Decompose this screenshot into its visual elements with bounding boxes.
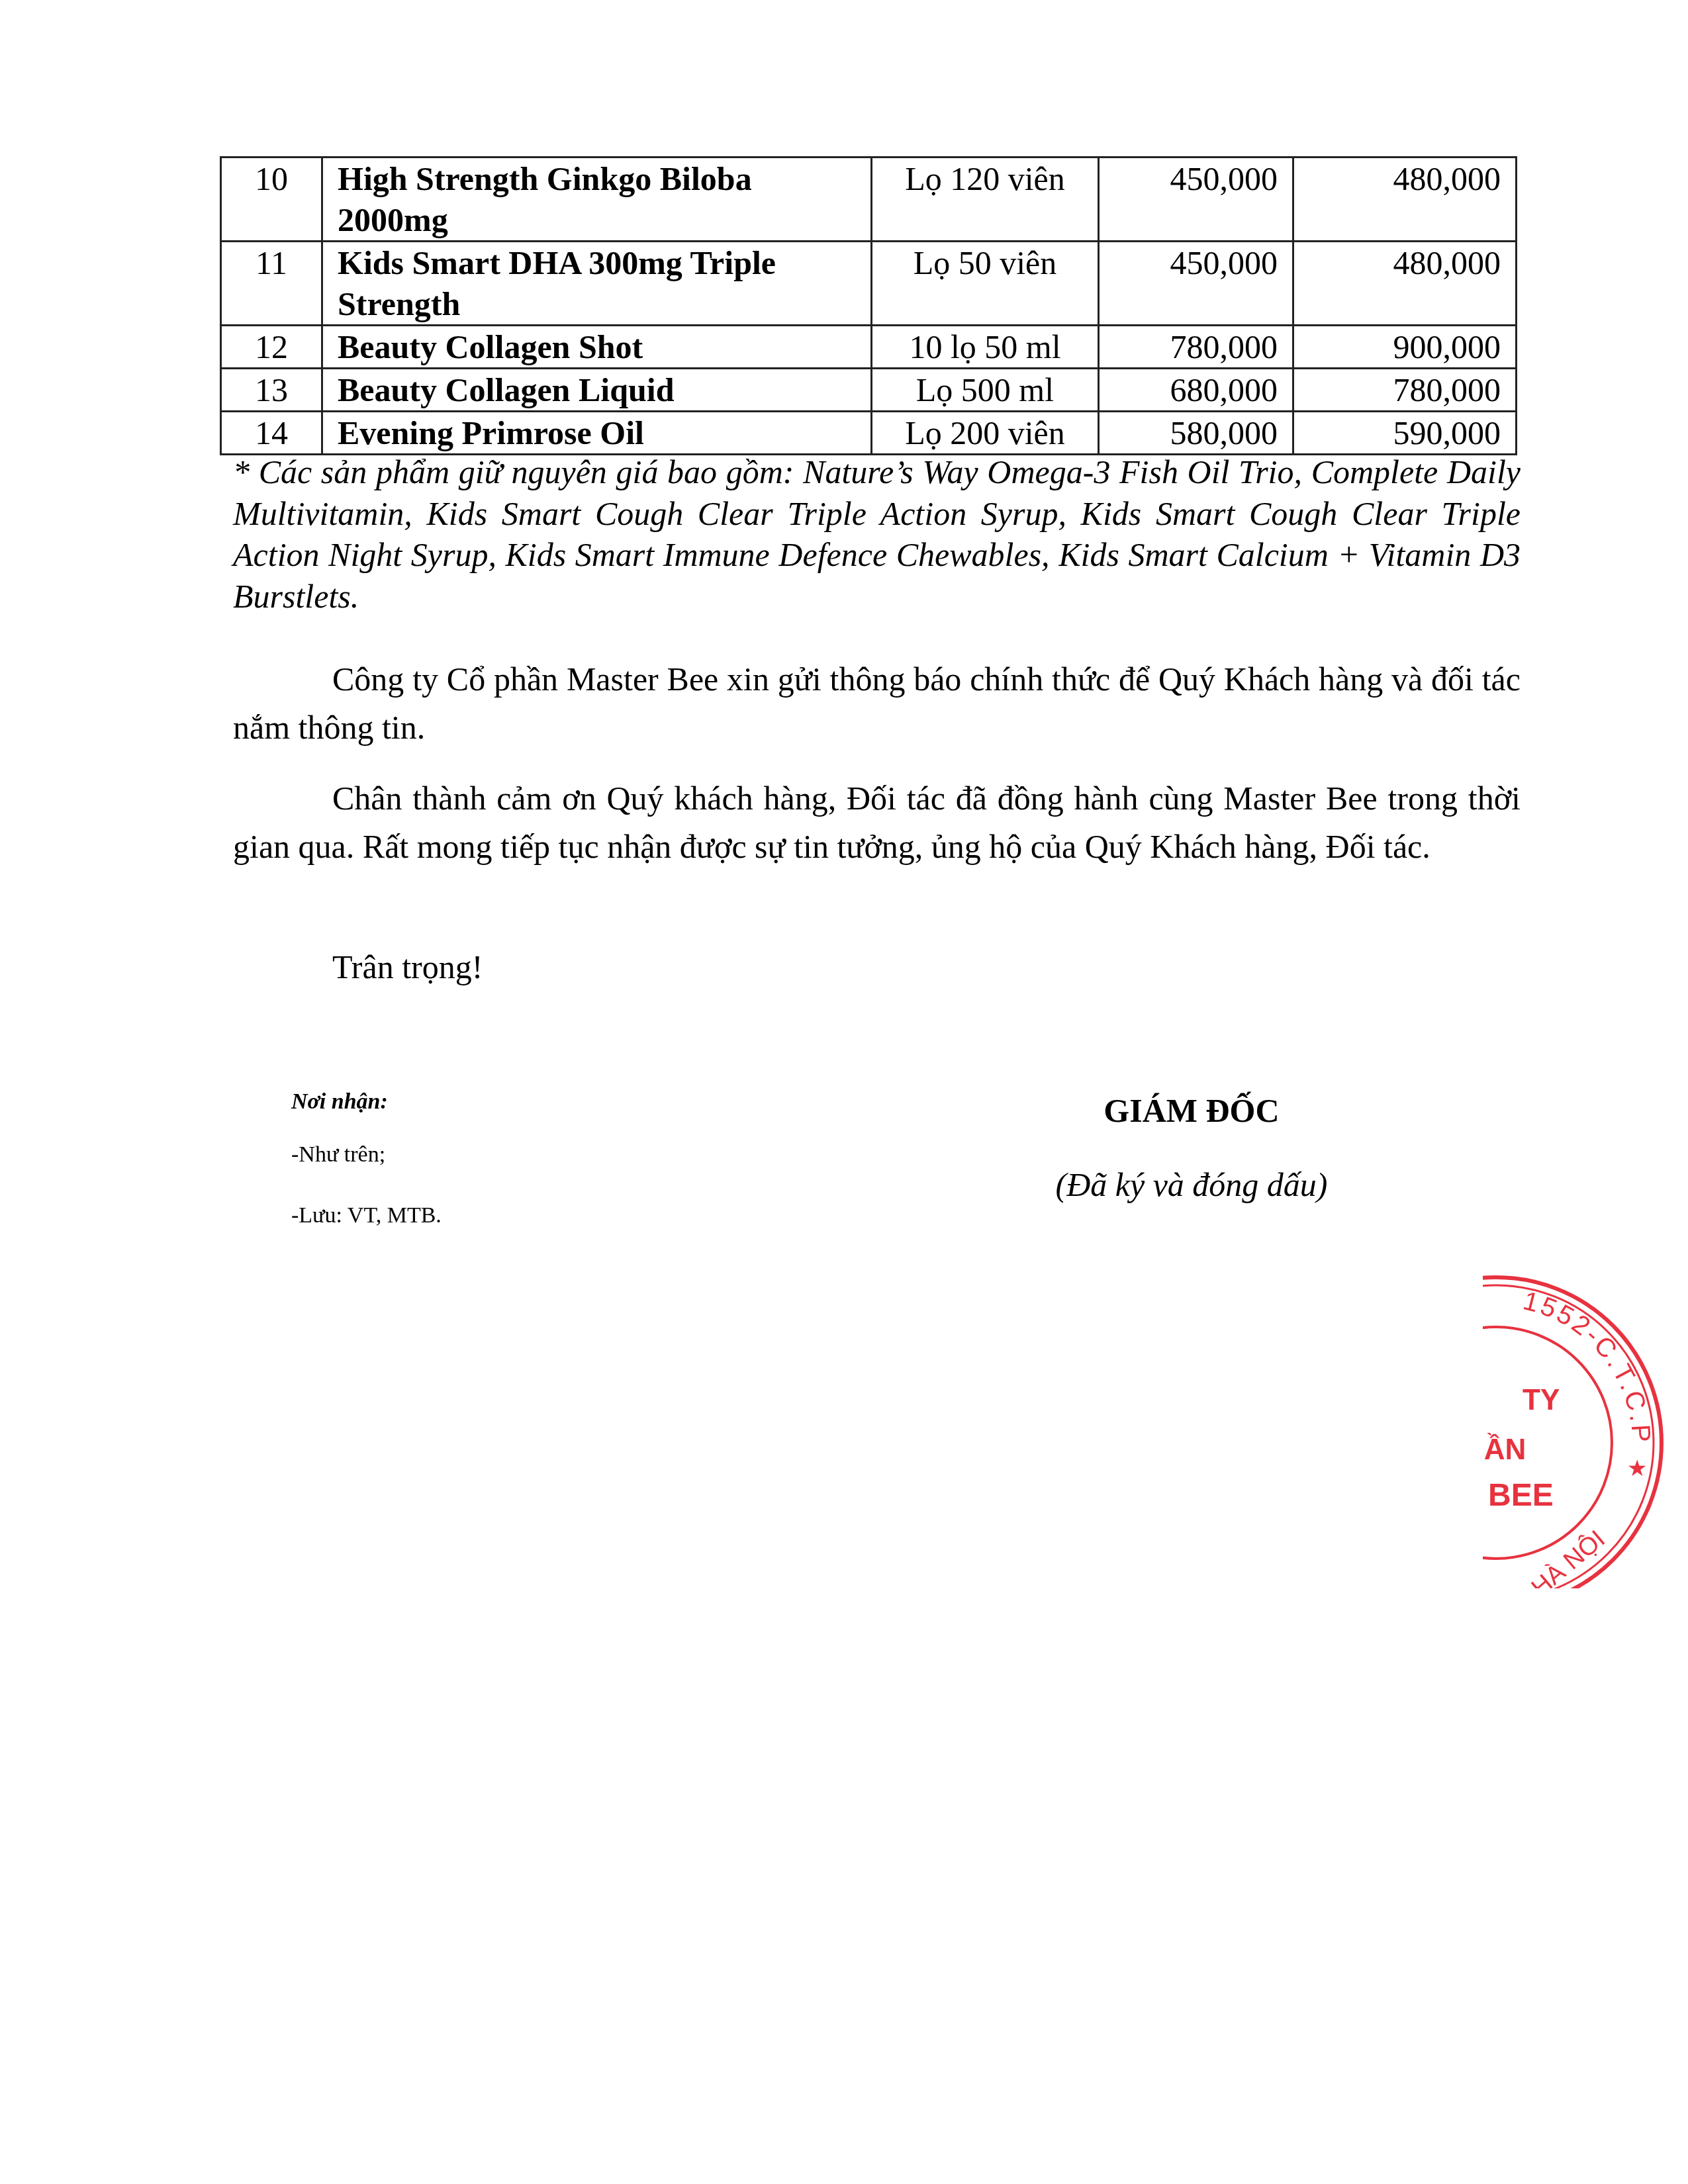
table-row: 10 High Strength Ginkgo Biloba 2000mg Lọ… xyxy=(221,158,1517,242)
seal-icon: 1552-C.T.C.P HÀ NỘI ★ TY HẦN R BEE xyxy=(1483,1244,1688,1588)
closing-line: Trân trọng! xyxy=(233,943,1521,991)
notice-paragraph: Công ty Cổ phần Master Bee xin gửi thông… xyxy=(233,655,1521,752)
old-price: 780,000 xyxy=(1099,326,1293,369)
table-row: 14 Evening Primrose Oil Lọ 200 viên 580,… xyxy=(221,412,1517,455)
svg-text:R BEE: R BEE xyxy=(1483,1478,1554,1513)
document-page: 10 High Strength Ginkgo Biloba 2000mg Lọ… xyxy=(0,0,1688,2184)
product-name: Beauty Collagen Liquid xyxy=(322,369,872,412)
row-number: 12 xyxy=(221,326,322,369)
new-price: 480,000 xyxy=(1293,158,1517,242)
product-unit: Lọ 120 viên xyxy=(872,158,1099,242)
product-unit: 10 lọ 50 ml xyxy=(872,326,1099,369)
new-price: 900,000 xyxy=(1293,326,1517,369)
product-unit: Lọ 200 viên xyxy=(872,412,1099,455)
thanks-paragraph: Chân thành cảm ơn Quý khách hàng, Đối tá… xyxy=(233,774,1521,871)
recipients-block: Nơi nhận: -Như trên; -Lưu: VT, MTB. xyxy=(291,1089,442,1263)
recipient-item: -Lưu: VT, MTB. xyxy=(291,1203,442,1229)
product-name: Beauty Collagen Shot xyxy=(322,326,872,369)
price-table: 10 High Strength Ginkgo Biloba 2000mg Lọ… xyxy=(220,156,1517,455)
table-row: 11 Kids Smart DHA 300mg Triple Strength … xyxy=(221,242,1517,326)
svg-text:1552-C.T.C.P: 1552-C.T.C.P xyxy=(1520,1286,1656,1445)
product-name: High Strength Ginkgo Biloba 2000mg xyxy=(322,158,872,242)
row-number: 14 xyxy=(221,412,322,455)
signer-title: GIÁM ĐỐC xyxy=(993,1091,1390,1130)
old-price: 580,000 xyxy=(1099,412,1293,455)
old-price: 680,000 xyxy=(1099,369,1293,412)
svg-text:TY: TY xyxy=(1523,1384,1560,1416)
product-unit: Lọ 50 viên xyxy=(872,242,1099,326)
table-row: 13 Beauty Collagen Liquid Lọ 500 ml 680,… xyxy=(221,369,1517,412)
svg-text:★: ★ xyxy=(1627,1455,1647,1482)
product-unit: Lọ 500 ml xyxy=(872,369,1099,412)
recipients-label: Nơi nhận: xyxy=(291,1089,442,1115)
unchanged-price-note: * Các sản phẩm giữ nguyên giá bao gồm: N… xyxy=(233,451,1521,617)
recipient-item: -Như trên; xyxy=(291,1142,442,1168)
row-number: 11 xyxy=(221,242,322,326)
table-row: 12 Beauty Collagen Shot 10 lọ 50 ml 780,… xyxy=(221,326,1517,369)
row-number: 13 xyxy=(221,369,322,412)
new-price: 780,000 xyxy=(1293,369,1517,412)
company-seal-stamp: 1552-C.T.C.P HÀ NỘI ★ TY HẦN R BEE xyxy=(1483,1244,1688,1588)
old-price: 450,000 xyxy=(1099,242,1293,326)
new-price: 480,000 xyxy=(1293,242,1517,326)
svg-text:HẦN: HẦN xyxy=(1483,1433,1526,1466)
product-name: Evening Primrose Oil xyxy=(322,412,872,455)
row-number: 10 xyxy=(221,158,322,242)
signature-block: GIÁM ĐỐC (Đã ký và đóng dấu) xyxy=(993,1091,1390,1205)
old-price: 450,000 xyxy=(1099,158,1293,242)
product-name: Kids Smart DHA 300mg Triple Strength xyxy=(322,242,872,326)
signed-sealed-note: (Đã ký và đóng dấu) xyxy=(993,1165,1390,1205)
new-price: 590,000 xyxy=(1293,412,1517,455)
